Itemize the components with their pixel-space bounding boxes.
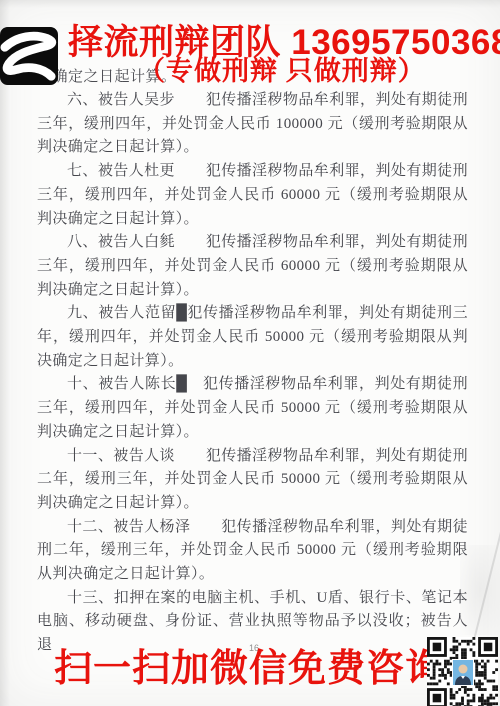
scanned-judgment-page: 决确定之日起计算。 六、被告人吴步 犯传播淫秽物品牟利罪，判处有期徒刑三年，缓刑… <box>0 0 500 706</box>
zeliu-flow-logo-icon <box>0 27 58 85</box>
judgment-paragraph: 十二、被告人杨泽 犯传播淫秽物品牟利罪，判处有期徒刑二年，缓刑三年，并处罚金人民… <box>37 516 468 587</box>
wechat-contact-banner: 扫一扫加微信免费咨询 <box>54 647 444 691</box>
judgment-paragraph: 九、被告人范留█犯传播淫秽物品牟利罪，判处有期徒刑三年，缓刑四年，并处罚金人民币… <box>37 302 468 373</box>
judgment-paragraph: 十、被告人陈长█ 犯传播淫秽物品牟利罪，判处有期徒刑三年，缓刑四年，并处罚金人民… <box>37 373 468 444</box>
judgment-paragraph: 十一、被告人谈 犯传播淫秽物品牟利罪，判处有期徒刑二年，缓刑三年，并处罚金人民币… <box>37 445 468 516</box>
judgment-paragraph: 八、被告人白毵 犯传播淫秽物品牟利罪，判处有期徒刑三年，缓刑四年，并处罚金人民币… <box>37 231 468 302</box>
qr-center-avatar <box>452 659 474 686</box>
judgment-paragraph: 六、被告人吴步 犯传播淫秽物品牟利罪，判处有期徒刑三年，缓刑四年，并处罚金人民币… <box>37 89 468 160</box>
scan-edge-shadow-left <box>0 0 10 706</box>
document-body: 六、被告人吴步 犯传播淫秽物品牟利罪，判处有期徒刑三年，缓刑四年，并处罚金人民币… <box>37 89 468 658</box>
judgment-paragraph: 七、被告人杜更 犯传播淫秽物品牟利罪，判处有期徒刑三年，缓刑四年，并处罚金人民币… <box>37 160 468 231</box>
wechat-qr-code <box>427 637 498 706</box>
scan-edge-shadow-top <box>0 0 500 8</box>
law-team-slogan: （专做刑辩 只做刑辩） <box>138 56 426 86</box>
